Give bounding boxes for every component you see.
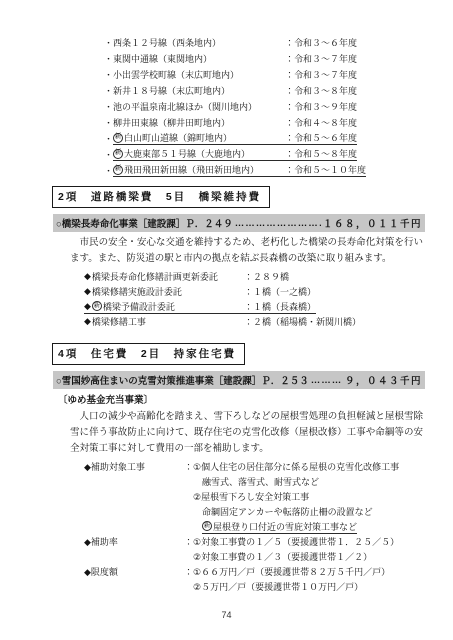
leader-dots: ………… [311, 375, 343, 386]
road-name: 西条１２号線（西条地内） [113, 36, 221, 49]
detail-block-limit-amount: ◆限度額 ：①６６万円／戸（要援護世帯８２万５千円／戸） ②５万円／戸（要援護世… [84, 564, 425, 594]
bullet: ・ [104, 148, 113, 161]
road-project-row: ・ 新大鹿東部５１号線（大鹿地内） ：令和５～８年度 [104, 146, 425, 162]
road-period: ：令和３～７年度 [285, 68, 357, 81]
section-heading-box-housing: 4項 住宅費 2目 持家住宅費 [52, 343, 245, 365]
road-period: ：令和５～６年度 [285, 131, 357, 144]
road-period: ：令和３～８年度 [285, 84, 357, 97]
project-title: ○橋梁長寿命化事業［建設課］Ｐ．２４９ [56, 216, 233, 230]
road-period: ：令和３～９年度 [285, 100, 357, 113]
detail-line: 新屋根登り口付近の雪庇対策工事など [202, 519, 357, 534]
road-period: ：令和３～７年度 [285, 52, 357, 65]
road-name: 新井１８号線（末広町地内） [113, 84, 230, 97]
road-project-row: ・ 小出雲学校町線（末広町地内） ：令和３～７年度 [104, 66, 425, 82]
road-name: 白山町山道線（錦町地内） [124, 131, 232, 144]
bullet: ・ [104, 84, 113, 97]
detail-block-subsidy-rate: ◆補助率 ：①対象工事費の１／５（要援護世帯１．２５／５） ②対象工事費の１／３… [84, 534, 425, 564]
road-project-row: ・ 柳井田東線（柳井田町地内） ：令和４～８年度 [104, 114, 425, 130]
detail-line: 命綱固定アンカーや転落防止柵の設置など [202, 504, 373, 519]
road-name: 東関中通線（東関地内） [113, 52, 212, 65]
detail-block-target-works: ◆補助対象工事 ：①個人住宅の居住部分に係る屋根の克雪化改修工事 融雪式、落雪式… [84, 459, 425, 534]
fund-note: 〔ゆめ基金充当事業〕 [58, 392, 425, 406]
new-project-mark-icon: 新 [202, 521, 212, 531]
housing-detail-list: ◆補助対象工事 ：①個人住宅の居住部分に係る屋根の克雪化改修工事 融雪式、落雪式… [56, 459, 425, 594]
road-name: 柳井田東線（柳井田町地内） [113, 116, 230, 129]
detail-line: ：①対象工事費の１／５（要援護世帯１．２５／５） [184, 534, 399, 549]
road-project-row: ・ 西条１２号線（西条地内） ：令和３～６年度 [104, 34, 425, 50]
road-name: 飛田飛田新田線（飛田新田地内） [124, 163, 259, 176]
detail-value: ：２橋（稲場橋・新関川橋） [244, 315, 361, 328]
bullet: ・ [104, 52, 113, 65]
detail-row: ◆橋梁長寿命化修繕計画更新委託 ：２８９橋 [84, 269, 289, 284]
project-description: 市民の安全・安心な交通を維持するため、老朽化した橋梁の長寿命化対策を行います。ま… [70, 235, 423, 267]
road-project-row: ・ 新井１８号線（末広町地内） ：令和３～８年度 [104, 82, 425, 98]
detail-label: ◆補助率 [84, 534, 184, 549]
diamond-bullet: ◆ [84, 271, 91, 282]
detail-value: ：１橋（長森橋） [244, 300, 316, 313]
road-project-row: ・ 新白山町山道線（錦町地内） ：令和５～６年度 [104, 130, 425, 146]
detail-label: 橋梁予備設計委託 [103, 300, 175, 313]
road-name: 池の平温泉南北線ほか（関川地内） [113, 100, 257, 113]
road-project-list: ・ 西条１２号線（西条地内） ：令和３～６年度 ・ 東関中通線（東関地内） ：令… [104, 34, 425, 178]
project-title: ○雪国妙高住まいの克雪対策推進事業［建設課］Ｐ．２５３ [56, 373, 309, 387]
bullet: ・ [104, 100, 113, 113]
detail-label: 橋梁修繕実施設計委託 [92, 285, 182, 298]
detail-line: ②５万円／戸（要援護世帯１０万円／戸） [193, 579, 363, 594]
bullet: ・ [104, 36, 113, 49]
budget-document-page: ・ 西条１２号線（西条地内） ：令和３～６年度 ・ 東関中通線（東関地内） ：令… [0, 0, 453, 640]
detail-line: ②屋根雪下ろし安全対策工事 [193, 489, 309, 504]
new-project-mark-icon: 新 [92, 301, 102, 311]
diamond-bullet: ◆ [84, 301, 91, 312]
detail-label: ◆限度額 [84, 564, 184, 579]
road-period: ：令和５～８年度 [285, 147, 357, 160]
detail-value: ：２８９橋 [244, 270, 289, 283]
road-period: ：令和３～６年度 [285, 36, 357, 49]
detail-label: 橋梁修繕工事 [92, 315, 146, 328]
bullet: ・ [104, 164, 113, 177]
detail-line: 融雪式、落雪式、耐雪式など [202, 474, 319, 489]
bullet: ・ [104, 132, 113, 145]
road-project-row: ・ 東関中通線（東関地内） ：令和３～７年度 [104, 50, 425, 66]
page-number: 74 [0, 610, 453, 620]
detail-label: ◆補助対象工事 [84, 459, 184, 474]
project-amount: ９，０４３千円 [345, 373, 422, 387]
road-period: ：令和５～１０年度 [285, 163, 366, 176]
detail-row: ◆新橋梁予備設計委託 ：１橋（長森橋） [84, 299, 316, 314]
leader-dots: …………………………………… [235, 218, 321, 229]
bullet: ・ [104, 116, 113, 129]
detail-line: ：①６６万円／戸（要援護世帯８２万５千円／戸） [184, 564, 390, 579]
project-amount: １６８，０１１千円 [323, 216, 422, 230]
detail-line: ②対象工事費の１／３（要援護世帯１／２） [193, 549, 372, 564]
road-project-row: ・ 池の平温泉南北線ほか（関川地内） ：令和３～９年度 [104, 98, 425, 114]
road-period: ：令和４～８年度 [285, 116, 357, 129]
road-project-row: ・ 新飛田飛田新田線（飛田新田地内） ：令和５～１０年度 [104, 162, 425, 178]
section-heading-box-bridge: 2項 道路橋梁費 5目 橋梁維持費 [52, 186, 270, 208]
detail-value: ：１橋（一之橋） [244, 285, 316, 298]
project-description: 人口の減少や高齢化を踏まえ、雪下ろしなどの屋根雪処理の負担軽減と屋根雪除雪に伴う… [70, 409, 423, 457]
diamond-bullet: ◆ [84, 286, 91, 297]
new-project-mark-icon: 新 [113, 149, 123, 159]
detail-row: ◆橋梁修繕実施設計委託 ：１橋（一之橋） [84, 284, 316, 299]
bullet: ・ [104, 68, 113, 81]
new-project-mark-icon: 新 [113, 165, 123, 175]
new-project-mark-icon: 新 [113, 133, 123, 143]
detail-line: ：①個人住宅の居住部分に係る屋根の克雪化改修工事 [184, 459, 399, 474]
diamond-bullet: ◆ [84, 316, 91, 327]
road-name: 小出雲学校町線（末広町地内） [113, 68, 239, 81]
bridge-detail-list: ◆橋梁長寿命化修繕計画更新委託 ：２８９橋 ◆橋梁修繕実施設計委託 ：１橋（一之… [84, 269, 425, 329]
project-heading-bridge: ○橋梁長寿命化事業［建設課］Ｐ．２４９ …………………………………… １６８，０… [53, 214, 425, 232]
detail-label: 橋梁長寿命化修繕計画更新委託 [92, 270, 218, 283]
detail-row: ◆橋梁修繕工事 ：２橋（稲場橋・新関川橋） [84, 314, 361, 329]
project-heading-housing: ○雪国妙高住まいの克雪対策推進事業［建設課］Ｐ．２５３ ………… ９，０４３千円 [53, 371, 425, 389]
road-name: 大鹿東部５１号線（大鹿地内） [124, 147, 250, 160]
